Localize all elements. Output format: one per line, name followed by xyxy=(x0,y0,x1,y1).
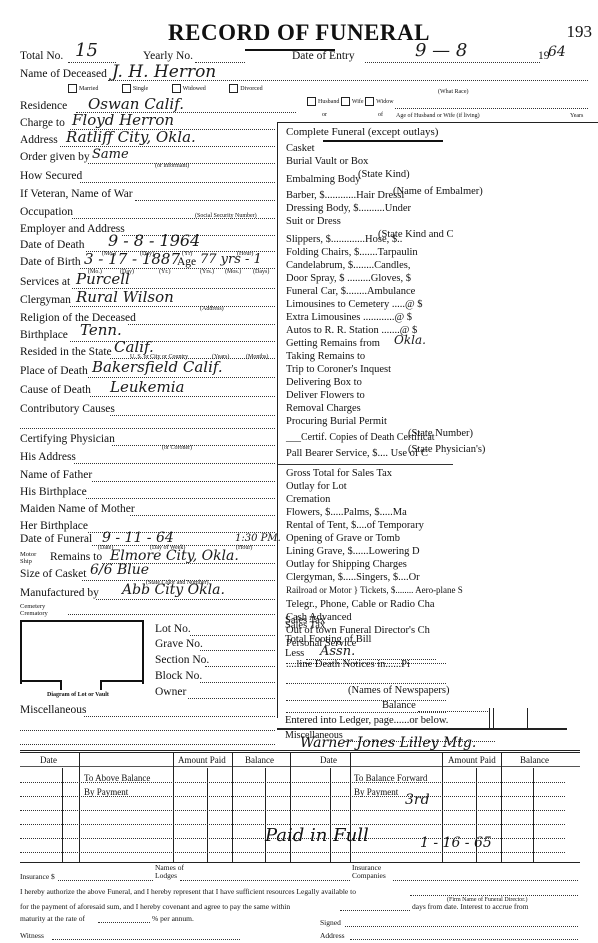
ledger-left-amount-header: Amount Paid xyxy=(178,755,226,765)
birth-date-value: 3 - 17 - 1887 xyxy=(84,250,180,268)
birthplace-label: Birthplace xyxy=(20,329,68,341)
lot-diagram xyxy=(20,620,144,684)
husband-checkbox[interactable]: Husband xyxy=(307,99,339,105)
ledger-row[interactable] xyxy=(20,824,290,825)
charge-line: Limousines to Cemetery .....@ $ xyxy=(286,299,423,310)
charge-line: Casket xyxy=(286,143,315,154)
charge-line: Folding Chairs, $.......Tarpaulin xyxy=(286,247,418,258)
single-checkbox[interactable]: Single xyxy=(122,86,148,92)
charge-line: Pall Bearer Service, $.... Use of C xyxy=(286,448,428,459)
maturity-text: maturity at the rate of xyxy=(20,914,85,923)
mother-field[interactable] xyxy=(130,515,275,516)
spouse-age-label: Age of Husband or Wife (if living) xyxy=(396,113,480,119)
his-address-label: His Address xyxy=(20,451,76,463)
charge-line: Barber, $............Hair Dressi xyxy=(286,190,404,201)
ledger-right-date-header: Date xyxy=(320,755,337,765)
charge-line: Extra Limousines ............@ $ xyxy=(286,312,412,323)
veteran-field[interactable] xyxy=(135,200,275,201)
physician-label: Certifying Physician xyxy=(20,433,115,445)
ledger-row[interactable] xyxy=(20,810,290,811)
charge-line: Outlay for Shipping Charges xyxy=(286,559,407,570)
his-birthplace-label: His Birthplace xyxy=(20,486,87,498)
her-birthplace-label: Her Birthplace xyxy=(20,520,88,532)
how-secured-field[interactable] xyxy=(80,182,275,183)
contributory-field-2[interactable] xyxy=(20,428,275,429)
ledger-right-balance-header: Balance xyxy=(520,755,549,765)
owner-field[interactable] xyxy=(188,698,275,699)
total-no-value: 15 xyxy=(75,40,98,61)
ssn-label: (Social Security Number) xyxy=(195,213,257,219)
charge-line: ....line Death Notices in......Pi xyxy=(286,659,410,670)
charge-line: Deliver Flowers to xyxy=(286,390,365,401)
total-no-label: Total No. xyxy=(20,50,63,62)
age-value: 77 yrs - 1 xyxy=(200,252,262,267)
ledger-right-row-label: By Payment xyxy=(354,787,398,797)
date-of-entry-value: 9 — 8 xyxy=(415,40,467,61)
father-label: Name of Father xyxy=(20,469,92,481)
grave-field[interactable] xyxy=(200,650,275,651)
ledger-row[interactable] xyxy=(20,796,290,797)
age-label: Age xyxy=(177,256,196,268)
getting-remains-value: Okla. xyxy=(394,333,426,347)
birthplace-value: Tenn. xyxy=(80,321,122,339)
mother-label: Maiden Name of Mother xyxy=(20,503,135,515)
signed-label: Signed xyxy=(320,918,341,927)
charge-line: Lining Grave, $......Lowering D xyxy=(286,546,420,557)
cemetery-field[interactable] xyxy=(68,614,275,615)
birth-date-label: Date of Birth xyxy=(20,256,81,268)
firm-name-field[interactable] xyxy=(410,895,578,896)
casket-size-value: 6/6 Blue xyxy=(90,562,149,578)
charge-line: Dressing Body, $..........Under xyxy=(286,203,411,214)
spouse-or-label: or xyxy=(322,112,327,118)
charge-line: Slippers, $.............Hose, $.. xyxy=(286,234,402,245)
religion-field[interactable] xyxy=(128,324,275,325)
ledger-date-note: 1 - 16 - 65 xyxy=(420,835,492,851)
witness-field[interactable] xyxy=(52,939,240,940)
companies-label: Insurance Companies xyxy=(352,864,386,880)
his-birthplace-field[interactable] xyxy=(86,498,275,499)
funeral-time-value: 1:30 PM. xyxy=(235,533,281,544)
death-date-label: Date of Death xyxy=(20,239,85,251)
charges-heading: Complete Funeral (except outlays) xyxy=(286,126,438,138)
charge-line: Funeral Car, $........Ambulance xyxy=(286,286,415,297)
charge-line: Burial Vault or Box xyxy=(286,156,368,167)
spouse-name-field[interactable] xyxy=(395,108,588,109)
birth-sub-days: (Days) xyxy=(253,269,269,275)
insurance-field[interactable] xyxy=(58,880,153,881)
ledger-row[interactable] xyxy=(20,838,290,839)
charge-line: ___Certif. Copies of Death Certificat xyxy=(286,432,435,443)
motor-ship-label: Motor Ship xyxy=(20,551,36,565)
address-label: Address xyxy=(20,134,58,146)
married-checkbox[interactable]: Married xyxy=(68,86,98,92)
manufactured-field[interactable] xyxy=(96,599,275,600)
less-value: Assn. xyxy=(320,644,355,659)
funeral-date-value: 9 - 11 - 64 xyxy=(102,530,174,546)
witness-label: Witness xyxy=(20,931,44,940)
coroner-label: (or Coroner) xyxy=(162,445,192,451)
misc-field-3[interactable] xyxy=(20,744,275,745)
clergyman-value: Rural Wilson xyxy=(76,288,174,306)
charge-line: Flowers, $.....Palms, $.....Ma xyxy=(286,507,407,518)
ledger-left-date-header: Date xyxy=(40,755,57,765)
name-value: J. H. Herron xyxy=(112,62,216,82)
charge-line: Rental of Tent, $....of Temporary xyxy=(286,520,424,531)
cemetery-label: Cemetery Crematory xyxy=(20,603,48,617)
charge-line: Door Spray, $ .........Gloves, $ xyxy=(286,273,411,284)
how-secured-label: How Secured xyxy=(20,170,82,182)
charge-line: Removal Charges xyxy=(286,403,361,414)
insurance-label: Insurance $ xyxy=(20,872,55,881)
authorize-text: I hereby authorize the above Funeral, an… xyxy=(20,887,356,896)
block-field[interactable] xyxy=(200,682,275,683)
misc-field[interactable] xyxy=(84,716,275,717)
misc-label: Miscellaneous xyxy=(20,704,86,716)
address-value: Ratliff City, Okla. xyxy=(66,128,196,146)
funeral-date-label: Date of Funeral xyxy=(20,533,92,545)
charge-line: Suit or Dress xyxy=(286,216,341,227)
name-label: Name of Deceased xyxy=(20,68,107,80)
charge-line: Gross Total for Sales Tax xyxy=(286,468,392,479)
charge-line: Railroad or Motor } Tickets, $........ A… xyxy=(286,585,463,595)
birth-sub-mos: (Mos.) xyxy=(225,269,241,275)
divorced-checkbox[interactable]: Divorced xyxy=(229,86,262,92)
ledger-row[interactable] xyxy=(290,782,565,783)
charge-line: Clergyman, $.....Singers, $....Or xyxy=(286,572,420,583)
wife-checkbox[interactable]: Wife xyxy=(341,99,364,105)
ledger-row[interactable] xyxy=(290,852,565,853)
charge-to-label: Charge to xyxy=(20,117,65,129)
misc-field-2[interactable] xyxy=(20,730,275,731)
resided-sub-months: (Months) xyxy=(246,354,268,360)
manufactured-value: Abb City Okla. xyxy=(122,582,225,598)
clergyman-label: Clergyman xyxy=(20,294,71,306)
lot-field[interactable] xyxy=(190,635,275,636)
contributory-label: Contributory Causes xyxy=(20,403,115,415)
less-label: Less xyxy=(285,648,304,659)
charge-line: Telegr., Phone, Cable or Radio Cha xyxy=(286,599,435,610)
place-of-death-value: Bakersfield Calif. xyxy=(92,358,223,376)
birthplace-field[interactable] xyxy=(70,341,275,342)
total-no-field[interactable] xyxy=(68,62,116,63)
balance-field[interactable] xyxy=(418,711,488,712)
balance-label: Balance xyxy=(382,700,416,711)
lodges-field[interactable] xyxy=(180,880,350,881)
ledger-payment-note: 3rd xyxy=(405,792,430,808)
charge-line: Opening of Grave or Tomb xyxy=(286,533,400,544)
his-address-field[interactable] xyxy=(74,463,275,464)
section-field[interactable] xyxy=(205,666,275,667)
address-footer-label: Address xyxy=(320,931,345,940)
ledger-left-row-label: By Payment xyxy=(84,787,128,797)
order-given-label: Order given by xyxy=(20,151,90,163)
days-field[interactable] xyxy=(340,910,410,911)
manufactured-label: Manufactured by xyxy=(20,587,99,599)
birth-date-field[interactable] xyxy=(80,268,275,269)
residence-label: Residence xyxy=(20,100,67,112)
clergy-address-label: (Address) xyxy=(200,306,224,312)
owner-label: Owner xyxy=(155,686,186,698)
year-suffix-value: 64 xyxy=(548,44,566,60)
charge-line: Procuring Burial Permit xyxy=(286,416,387,427)
informant-label: (or informant) xyxy=(155,163,189,169)
charge-line: Outlay for Lot xyxy=(286,481,347,492)
date-of-entry-field[interactable] xyxy=(365,62,540,63)
death-date-value: 9 - 8 - 1964 xyxy=(108,231,200,250)
veteran-label: If Veteran, Name of War xyxy=(20,188,133,200)
father-field[interactable] xyxy=(92,481,275,482)
charge-line: Taking Remains to xyxy=(286,351,365,362)
ledger-left-row-label: To Above Balance xyxy=(84,773,150,783)
charge-line: Candelabrum, $........Candles, xyxy=(286,260,411,271)
spouse-of-label: of xyxy=(378,112,383,118)
ledger-right-row-label: To Balance Forward xyxy=(354,773,427,783)
companies-field[interactable] xyxy=(393,880,578,881)
order-given-value: Same xyxy=(92,147,129,162)
contributory-field[interactable] xyxy=(110,415,275,416)
ledger-right-amount-header: Amount Paid xyxy=(448,755,496,765)
cause-field[interactable] xyxy=(90,396,275,397)
per-annum-text: % per annum. xyxy=(152,914,194,923)
sales-tax-label: Sales Tax xyxy=(285,620,325,631)
ledger-entry-label: Entered into Ledger, page......or below. xyxy=(285,715,448,726)
casket-size-label: Size of Casket xyxy=(20,568,86,580)
address-footer-field[interactable] xyxy=(350,939,578,940)
resided-label: Resided in the State xyxy=(20,346,112,358)
widow-checkbox[interactable]: Widow xyxy=(365,99,393,105)
place-of-death-label: Place of Death xyxy=(20,365,88,377)
days-text: days from date. Interest to accrue from xyxy=(412,902,528,911)
birth-sub-yrs: (Yrs.) xyxy=(200,269,214,275)
marital-options: Married Single Widowed Divorced xyxy=(68,84,263,93)
widowed-checkbox[interactable]: Widowed xyxy=(172,86,206,92)
year-prefix: 193 xyxy=(567,22,593,42)
signed-field[interactable] xyxy=(345,926,578,927)
services-label: Services at xyxy=(20,276,70,288)
payment-text: for the payment of aforesaid sum, and I … xyxy=(20,902,290,911)
grave-label: Grave No. xyxy=(155,638,203,650)
race-label: (What Race) xyxy=(438,89,468,95)
charge-line: Embalming Body xyxy=(286,174,360,185)
services-value: Purcell xyxy=(76,270,130,288)
signature-paid: Paid in Full xyxy=(265,825,369,846)
years-label: Years xyxy=(570,113,583,119)
cause-value: Leukemia xyxy=(110,378,184,396)
block-label: Block No. xyxy=(155,670,202,682)
charge-line: Trip to Coroner's Inquest xyxy=(286,364,391,375)
lot-label: Lot No. xyxy=(155,623,191,635)
section-label: Section No. xyxy=(155,654,209,666)
less-field[interactable] xyxy=(306,659,436,660)
charge-line: Delivering Box to xyxy=(286,377,362,388)
charge-line: Cremation xyxy=(286,494,330,505)
charge-to-value: Floyd Herron xyxy=(72,111,174,129)
ledger-row[interactable] xyxy=(290,810,565,811)
cause-label: Cause of Death xyxy=(20,384,91,396)
charge-line: Getting Remains from xyxy=(286,338,380,349)
physician-field[interactable] xyxy=(112,445,275,446)
birth-sub-yr: (Yr.) xyxy=(159,269,171,275)
occupation-label: Occupation xyxy=(20,206,73,218)
signature-top: Warner Jones Lilley Mtg. xyxy=(300,735,476,751)
ledger-row[interactable] xyxy=(20,782,290,783)
diagram-label: Diagram of Lot or Vault xyxy=(47,692,109,698)
spouse-options: Husband Wife Widow xyxy=(307,97,394,106)
clergyman-field[interactable] xyxy=(70,306,275,307)
lodges-label: Names of Lodges xyxy=(155,864,184,880)
date-of-entry-label: Date of Entry xyxy=(292,50,355,62)
rate-field[interactable] xyxy=(98,922,150,923)
ledger-left-balance-header: Balance xyxy=(245,755,274,765)
ledger-row[interactable] xyxy=(20,852,290,853)
yearly-no-label: Yearly No. xyxy=(143,50,193,62)
